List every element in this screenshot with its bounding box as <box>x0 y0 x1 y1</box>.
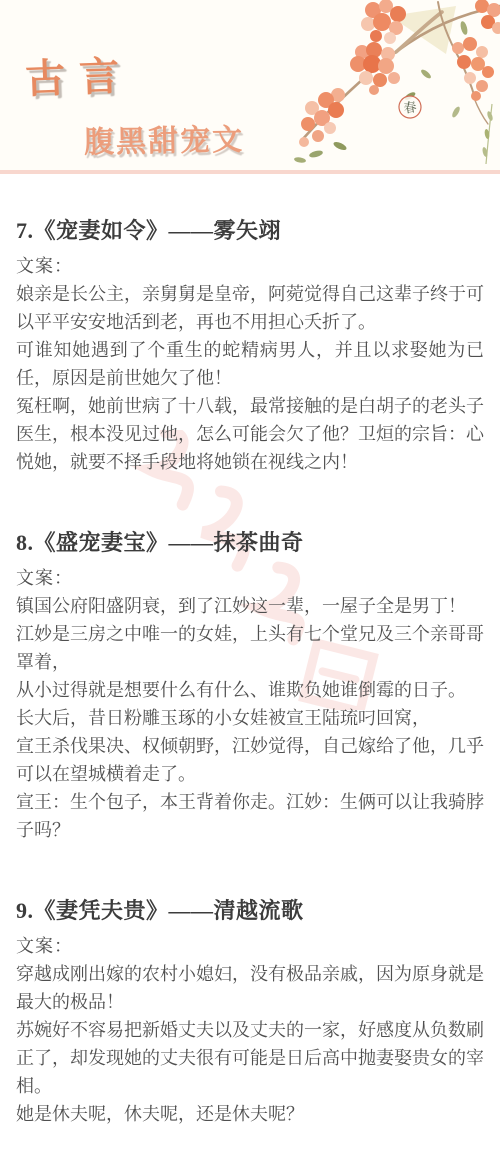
synopsis-paragraph: 她是休夫呢，休夫呢，还是休夫呢？ <box>16 1100 484 1128</box>
header: 春 古言 腹黑甜宠文 <box>0 0 500 170</box>
synopsis-label: 文案： <box>16 932 484 960</box>
page-title: 古言 <box>24 44 134 105</box>
blossom-branch-illustration: 春 <box>278 0 500 178</box>
blossom-cluster-left <box>299 88 345 147</box>
hanging-sprig <box>482 104 494 164</box>
book-entry-9: 9.《妻凭夫贵》——清越流歌 文案： 穿越成刚出嫁的农村小媳妇，没有极品亲戚，因… <box>16 896 484 1128</box>
synopsis-paragraph: 苏婉好不容易把新婚丈夫以及丈夫的一家，好感度从负数刷正了，却发现她的丈夫很有可能… <box>16 1016 484 1100</box>
blossom-cluster-corner <box>475 0 500 34</box>
synopsis-label: 文案： <box>16 252 484 280</box>
synopsis-label: 文案： <box>16 564 484 592</box>
page: 春 古言 腹黑甜宠文 7.《宠妻如令》——雾矢翊 文案： 娘亲是长公主，亲舅舅是… <box>0 0 500 1151</box>
synopsis-paragraph: 江妙是三房之中唯一的女娃，上头有七个堂兄及三个亲哥哥罩着， <box>16 620 484 676</box>
synopsis-paragraph: 宣王杀伐果决、权倾朝野，江妙觉得，自己嫁给了他，几乎可以在望城横着走了。 <box>16 732 484 788</box>
book-entry-7: 7.《宠妻如令》——雾矢翊 文案： 娘亲是长公主，亲舅舅是皇帝，阿菀觉得自己这辈… <box>16 174 484 476</box>
book-title: 7.《宠妻如令》——雾矢翊 <box>16 216 484 246</box>
synopsis-paragraph: 娘亲是长公主，亲舅舅是皇帝，阿菀觉得自己这辈子终于可以平平安安地活到老，再也不用… <box>16 280 484 336</box>
page-subtitle: 腹黑甜宠文 <box>84 115 245 162</box>
synopsis-paragraph: 镇国公府阳盛阴衰，到了江妙这一辈，一屋子全是男丁！ <box>16 592 484 620</box>
synopsis-paragraph: 可谁知她遇到了个重生的蛇精病男人，并且以求娶她为已任，原因是前世她欠了他！ <box>16 336 484 392</box>
synopsis-paragraph: 从小过得就是想要什么有什么、谁欺负她谁倒霉的日子。 <box>16 676 484 704</box>
synopsis-paragraph: 宣王：生个包子，本王背着你走。江妙：生俩可以让我骑脖子吗？ <box>16 788 484 844</box>
blossom-cluster-middle <box>350 42 400 95</box>
synopsis-paragraph: 长大后，昔日粉雕玉琢的小女娃被宣王陆琉叼回窝， <box>16 704 484 732</box>
synopsis-paragraph: 冤枉啊，她前世病了十八载，最常接触的是白胡子的老头子医生，根本没见过他，怎么可能… <box>16 392 484 476</box>
book-list: 7.《宠妻如令》——雾矢翊 文案： 娘亲是长公主，亲舅舅是皇帝，阿菀觉得自己这辈… <box>0 174 500 1128</box>
seal-character: 春 <box>403 99 418 116</box>
seal-stamp: 春 <box>398 95 423 120</box>
book-title: 9.《妻凭夫贵》——清越流歌 <box>16 896 484 926</box>
book-title: 8.《盛宠妻宝》——抹茶曲奇 <box>16 528 484 558</box>
synopsis-paragraph: 穿越成刚出嫁的农村小媳妇，没有极品亲戚，因为原身就是最大的极品！ <box>16 960 484 1016</box>
blossom-cluster-top <box>361 0 406 44</box>
book-entry-8: 8.《盛宠妻宝》——抹茶曲奇 文案： 镇国公府阳盛阴衰，到了江妙这一辈，一屋子全… <box>16 528 484 844</box>
